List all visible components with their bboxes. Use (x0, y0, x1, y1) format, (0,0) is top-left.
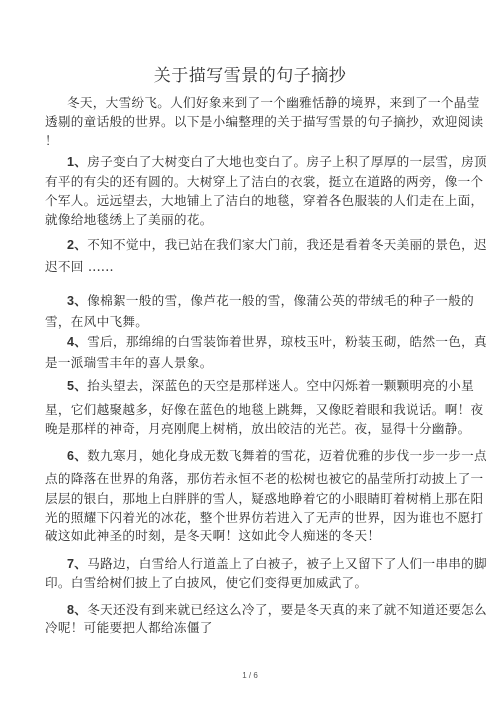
paragraph-line: 马路边，白雪给人行道盖上了白被子，被子上又留下了人们一串串的脚 (87, 556, 487, 571)
paragraph-line: 破这如此神圣的时刻，是冬天啊！这如此令人痴迷的冬天！ (45, 528, 435, 544)
paragraph-line: 印。白雪给树们披上了白披风，使它们变得更加威武了。 (45, 575, 435, 591)
paragraph-line: 迟不回 ...... (45, 259, 435, 275)
paragraph-line: 点的降落在世界的角落，那仿若永恒不老的松树也被它的晶莹所打动披上了一 (45, 471, 435, 487)
paragraph-item-1: 1、房子变白了大树变白了大地也变白了。房子上积了厚厚的一层雪，房顶 (67, 154, 427, 170)
intro-line: ！ (45, 133, 435, 149)
item-number: 7、 (67, 557, 87, 571)
paragraph-line: 房子变白了大树变白了大地也变白了。房子上积了厚厚的一层雪，房顶 (87, 154, 487, 169)
paragraph-line: 雪，在风中飞舞。 (45, 314, 435, 330)
paragraph-line: 抬头望去，深蓝色的天空是那样迷人。空中闪烁着一颗颗明亮的小星 (87, 378, 474, 393)
paragraph-line: 有平的有尖的还有圆的。大树穿上了洁白的衣裳，挺立在道路的两旁，像一个 (45, 174, 435, 190)
paragraph-line: 个军人。远远望去，大地铺上了洁白的地毯，穿着各色服装的人们走在上面， (45, 193, 435, 209)
paragraph-item-2: 2、不知不觉中，我已站在我们家大门前，我还是看着冬天美丽的景色，迟 (67, 237, 427, 253)
paragraph-line: 不知不觉中，我已站在我们家大门前，我还是看着冬天美丽的景色，迟 (87, 237, 487, 252)
item-number: 5、 (67, 379, 87, 393)
paragraph-line: 层层的银白，那地上白胖胖的雪人，疑惑地睁着它的小眼睛盯着树梢上那在阳 (45, 491, 435, 507)
paragraph-item-3: 3、像棉絮一般的雪，像芦花一般的雪，像蒲公英的带绒毛的种子一般的 (67, 293, 427, 309)
item-number: 2、 (67, 238, 87, 252)
item-number: 3、 (67, 294, 87, 308)
paragraph-line: 雪后，那绵绵的白雪装饰着世界，琼枝玉叶，粉装玉砌，皓然一色，真 (87, 334, 487, 349)
paragraph-item-8: 8、冬天还没有到来就已经这么冷了，要是冬天真的来了就不知道还要怎么 (67, 602, 427, 618)
paragraph-line: 冷呢！可能要把人都给冻僵了 (45, 620, 435, 636)
intro-line: 冬天，大雪纷飞。人们好象来到了一个幽雅恬静的境界，来到了一个晶莹 (67, 95, 427, 111)
paragraph-line: 光的照耀下闪着光的冰花，整个世界仿若进入了无声的世界，因为谁也不愿打 (45, 510, 435, 526)
paragraph-line: 数九寒月，她化身成无数飞舞着的雪花，迈着优雅的步伐一步一步一点 (87, 448, 487, 463)
paragraph-line: 冬天还没有到来就已经这么冷了，要是冬天真的来了就不知道还要怎么 (87, 602, 487, 617)
document-page: 关于描写雪景的句子摘抄 冬天，大雪纷飞。人们好象来到了一个幽雅恬静的境界，来到了… (0, 0, 500, 707)
paragraph-line: 是一派瑞雪丰年的喜人景象。 (45, 355, 435, 371)
item-number: 6、 (67, 449, 87, 463)
item-number: 1、 (67, 155, 87, 169)
paragraph-item-5: 5、抬头望去，深蓝色的天空是那样迷人。空中闪烁着一颗颗明亮的小星 (67, 378, 427, 394)
paragraph-item-4: 4、雪后，那绵绵的白雪装饰着世界，琼枝玉叶，粉装玉砌，皓然一色，真 (67, 334, 427, 350)
item-number: 4、 (67, 335, 87, 349)
document-title: 关于描写雪景的句子摘抄 (0, 61, 500, 86)
item-number: 8、 (67, 603, 87, 617)
paragraph-line: 星，它们越聚越多，好像在蓝色的地毯上跳舞，又像眨着眼和我说话。啊！夜 (45, 402, 435, 418)
paragraph-item-7: 7、马路边，白雪给人行道盖上了白被子，被子上又留下了人们一串串的脚 (67, 556, 427, 572)
paragraph-line: 就像给地毯绣上了美丽的花。 (45, 212, 435, 228)
intro-line: 透剔的童话般的世界。以下是小编整理的关于描写雪景的句子摘抄，欢迎阅读 (45, 114, 435, 130)
paragraph-item-6: 6、数九寒月，她化身成无数飞舞着的雪花，迈着优雅的步伐一步一步一点 (67, 448, 427, 464)
paragraph-line: 像棉絮一般的雪，像芦花一般的雪，像蒲公英的带绒毛的种子一般的 (87, 293, 474, 308)
page-number: 1 / 6 (0, 671, 500, 680)
paragraph-line: 晚是那样的神奇，月亮刚爬上树梢，放出皎洁的光芒。夜，显得十分幽静。 (45, 421, 435, 437)
